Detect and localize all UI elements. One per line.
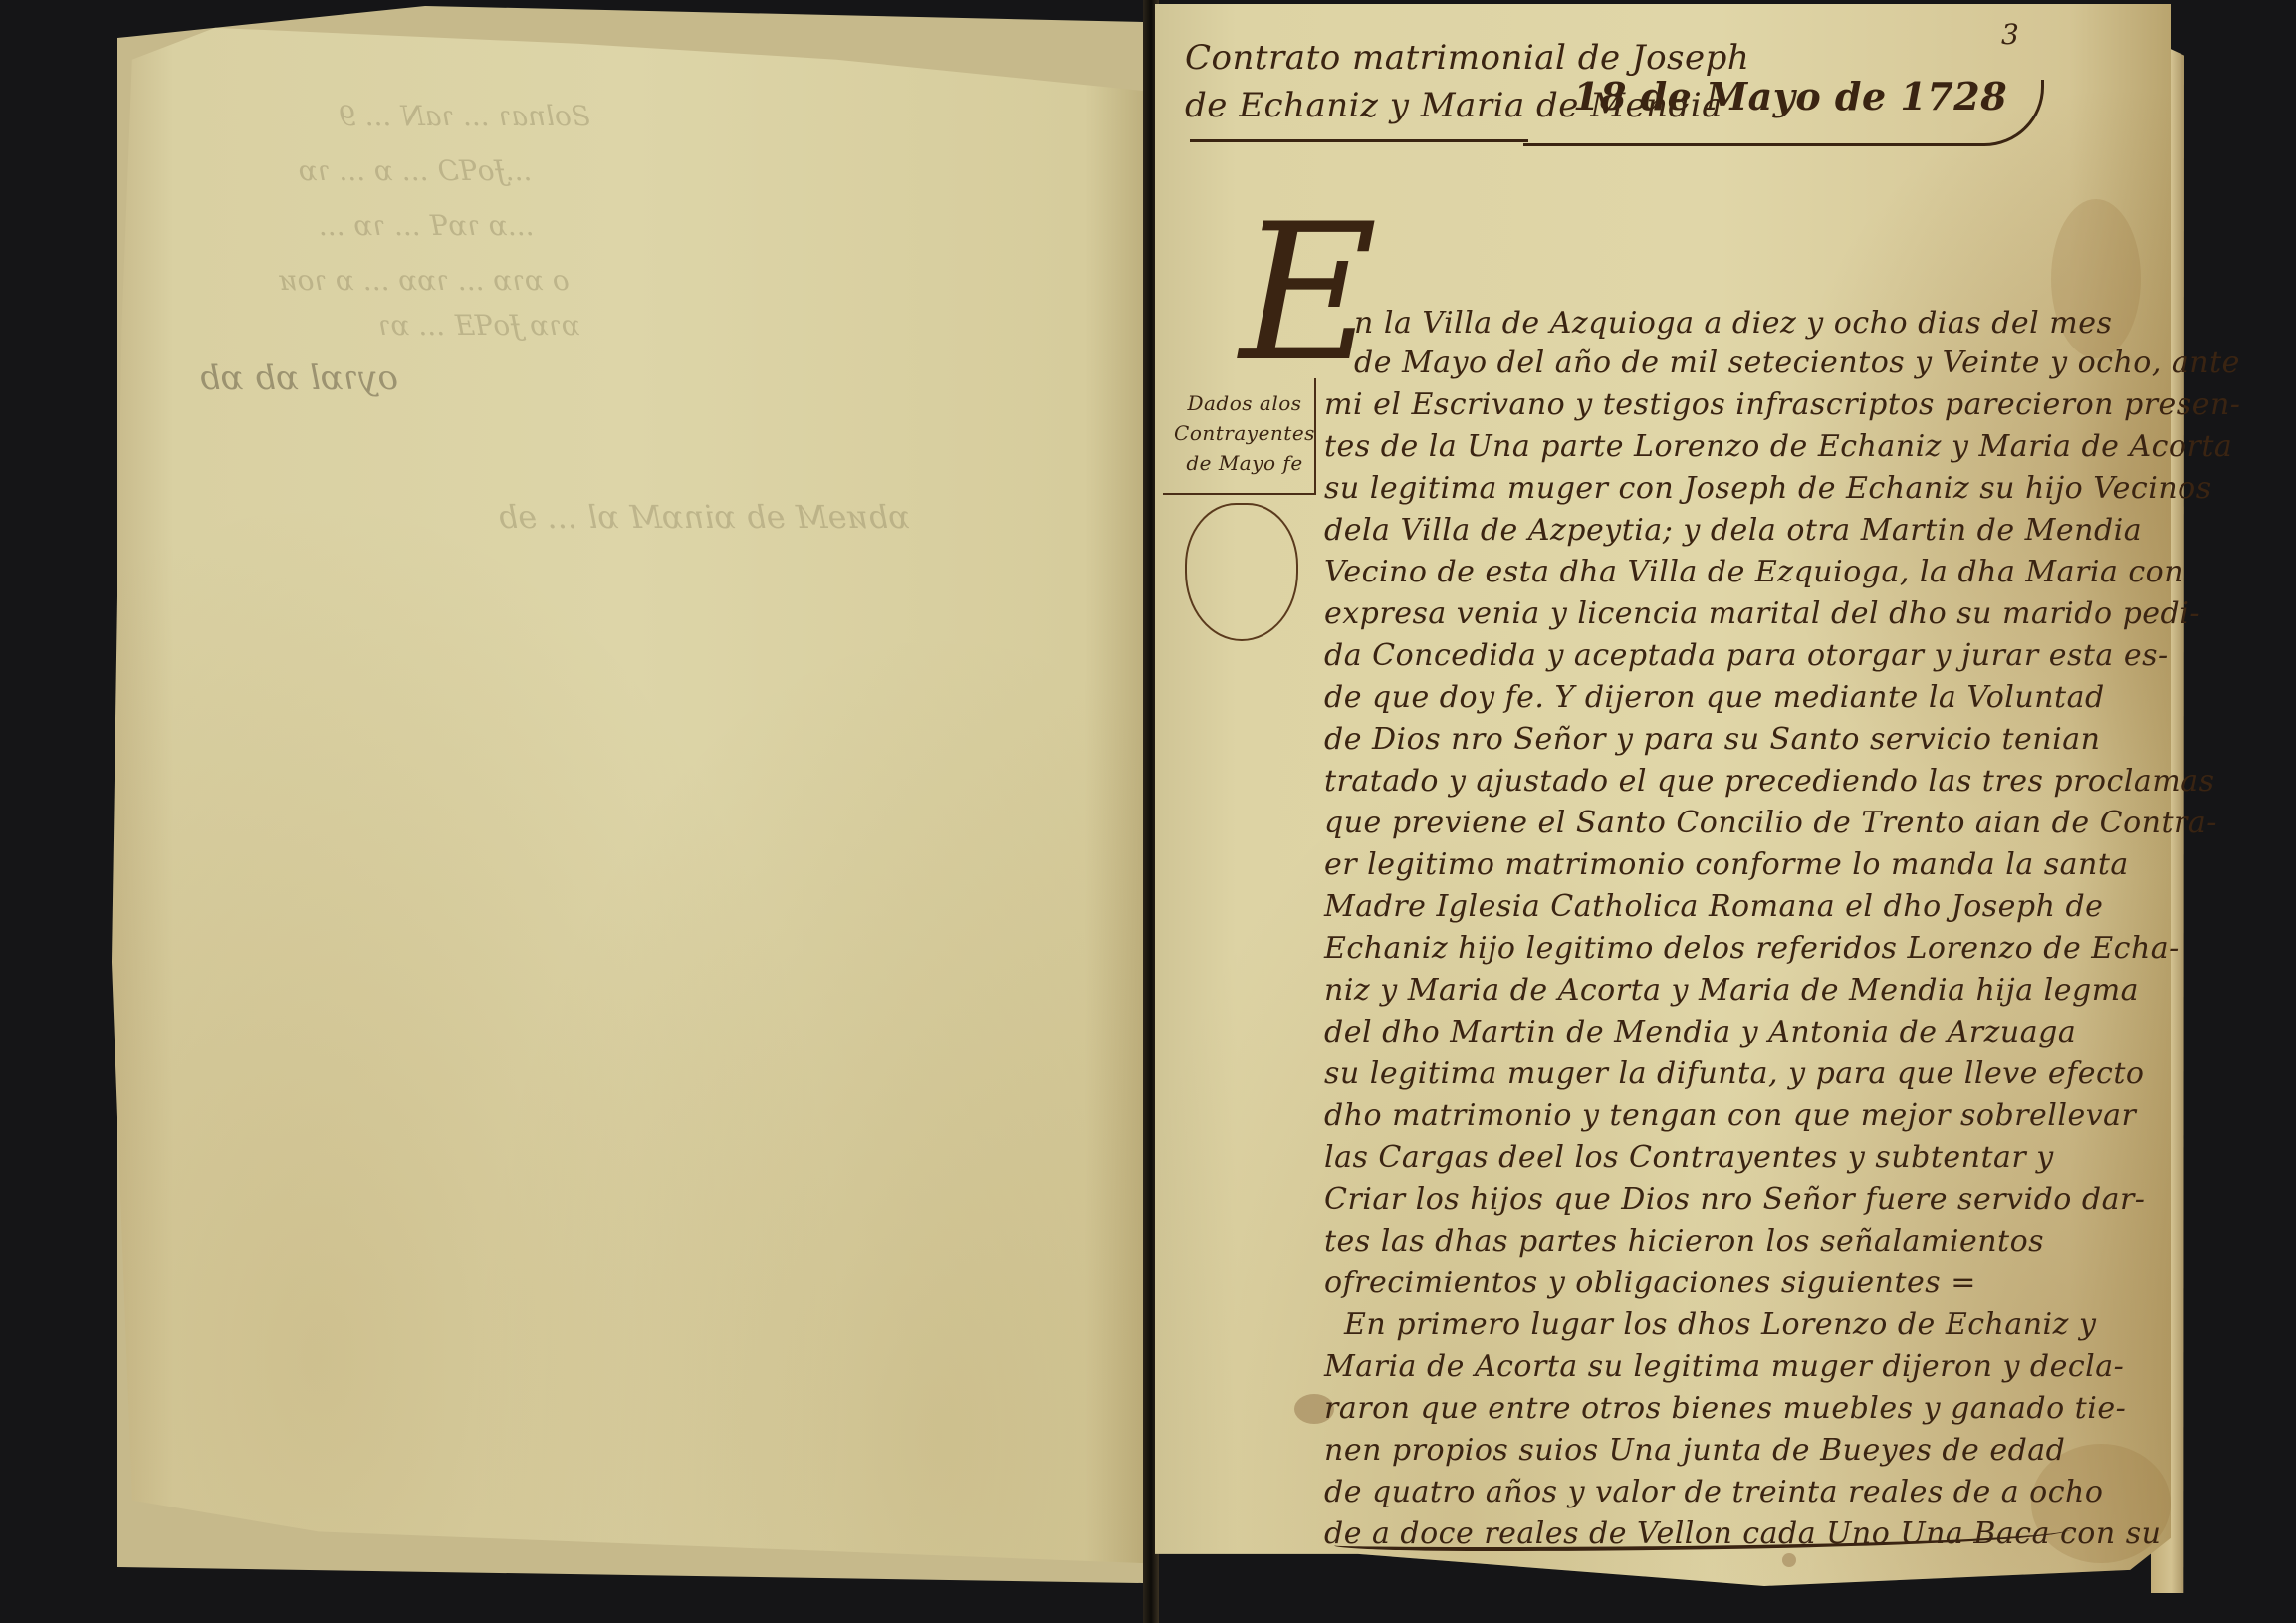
body-line: tes de la Una parte Lorenzo de Echaniz y… [1324, 427, 2232, 467]
body-line: tes las dhas partes hicieron los señalam… [1324, 1222, 2044, 1262]
body-line: que previene el Santo Concilio de Trento… [1324, 804, 2217, 843]
body-line: nen propios suios Una junta de Bueyes de… [1324, 1431, 2065, 1471]
show-through-line: ...ɈoꟼƆ ... ɒ ... ɿɒ [299, 154, 533, 187]
body-line: de quatro años y valor de treinta reales… [1324, 1473, 2103, 1512]
show-through-line: Ƨolnaɿ ... ɿaN ... 9 [339, 100, 590, 132]
body-line: Madre Iglesia Catholica Romana el dho Jo… [1324, 887, 2103, 927]
show-through-line: ɒɿɒ ɈoꟼƎ ... ɒɿ [378, 309, 580, 342]
body-line: n la Villa de Azquioga a diez y ocho dia… [1354, 304, 2112, 344]
margin-note-line: de Mayo fe [1170, 448, 1319, 478]
margin-note-line: Contrayentes [1170, 418, 1319, 448]
folio-mark: 3 [2001, 18, 2019, 51]
header-title-line-1: Contrato matrimonial de Joseph [1185, 38, 1749, 78]
body-line: mi el Escrivano y testigos infrascriptos… [1324, 385, 2240, 425]
body-line: Vecino de esta dha Villa de Ezquioga, la… [1324, 553, 2183, 592]
body-line: del dho Martin de Mendia y Antonia de Ar… [1324, 1013, 2076, 1052]
margin-loop-flourish [1185, 503, 1298, 641]
body-line: da Concedida y aceptada para otorgar y j… [1324, 636, 2169, 676]
left-page [112, 12, 1147, 1595]
body-line: tratado y ajustado el que precediendo la… [1324, 762, 2215, 802]
show-through-line: ...ɒ ɿɒꟼ ... ɿɒ ... [319, 209, 535, 242]
body-line: expresa venia y licencia marital del dho… [1324, 594, 2200, 634]
show-through-line: o ɒɿɒ ... ɿɒɒ ... ɒ ɿoᴎ [279, 264, 570, 297]
body-line: de que doy fe. Y dijeron que mediante la… [1324, 678, 2105, 718]
body-line: Maria de Acorta su legitima muger dijero… [1324, 1347, 2124, 1387]
ink-stain [1782, 1553, 1796, 1567]
body-line: dho matrimonio y tengan con que mejor so… [1324, 1096, 2136, 1136]
show-through-signature: oyɿɒl ɒb ɒb [199, 358, 398, 398]
body-line: niz y Maria de Acorta y Maria de Mendia … [1324, 971, 2139, 1011]
show-through-line: ɒbᴎɘM ɘb ɒinɒM ɒl ... ɘb [498, 498, 910, 536]
body-line: En primero lugar los dhos Lorenzo de Ech… [1344, 1305, 2096, 1345]
body-line: dela Villa de Azpeytia; y dela otra Mart… [1324, 511, 2142, 551]
body-line: su legitima muger la difunta, y para que… [1324, 1054, 2144, 1094]
body-line: las Cargas deel los Contrayentes y subte… [1324, 1138, 2054, 1178]
body-line: raron que entre otros bienes muebles y g… [1324, 1389, 2126, 1429]
header-flourish [1523, 80, 2044, 146]
body-line: er legitimo matrimonio conforme lo manda… [1324, 845, 2129, 885]
body-line: de Mayo del año de mil setecientos y Vei… [1354, 344, 2240, 383]
header-underline [1190, 139, 1528, 142]
body-line: Echaniz hijo legitimo delos referidos Lo… [1324, 929, 2180, 969]
body-line: su legitima muger con Joseph de Echaniz … [1324, 469, 2212, 509]
body-line: de Dios nro Señor y para su Santo servic… [1324, 720, 2100, 760]
body-line: ofrecimientos y obligaciones siguientes … [1324, 1264, 1976, 1303]
body-line: Criar los hijos que Dios nro Señor fuere… [1324, 1180, 2145, 1220]
